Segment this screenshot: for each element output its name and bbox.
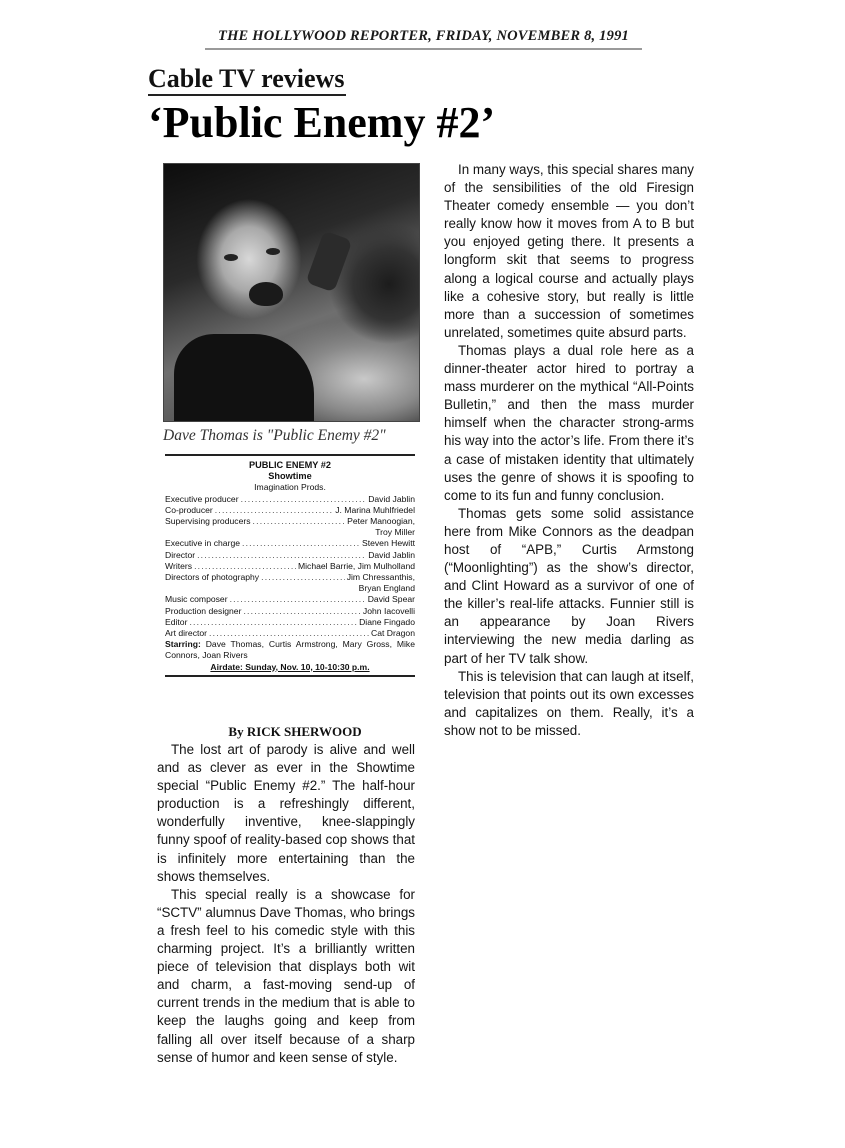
credit-role: Art director: [165, 628, 207, 639]
credit-name: Diane Fingado: [359, 617, 415, 628]
leader-dots: [189, 617, 357, 628]
leader-dots: [241, 494, 367, 505]
credit-row: Production designerJohn Iacovelli: [165, 606, 415, 617]
credit-row: Supervising producersPeter Manoogian,: [165, 516, 415, 527]
photo-figure-coat: [174, 334, 314, 421]
credit-name: Jim Chressanthis,: [347, 572, 415, 583]
credit-name: David Jablin: [368, 550, 415, 561]
credits-network: Showtime: [165, 471, 415, 482]
credit-row: EditorDiane Fingado: [165, 617, 415, 628]
leader-dots: [194, 561, 296, 572]
credit-name: Michael Barrie, Jim Mulholland: [298, 561, 415, 572]
starring-names: Dave Thomas, Curtis Armstrong, Mary Gros…: [165, 639, 415, 660]
credit-name: Peter Manoogian,: [347, 516, 415, 527]
credit-name: Steven Hewitt: [362, 538, 415, 549]
paragraph: The lost art of parody is alive and well…: [157, 741, 415, 886]
starring-label: Starring:: [165, 639, 201, 649]
credit-role: Director: [165, 550, 195, 561]
credit-row: Art directorCat Dragon: [165, 628, 415, 639]
paragraph: Thomas gets some solid assistance here f…: [444, 505, 694, 668]
article-column-left: The lost art of parody is alive and well…: [157, 741, 415, 1067]
credit-name: David Jablin: [368, 494, 415, 505]
paragraph: This is television that can laugh at its…: [444, 668, 694, 740]
credit-row: Music composerDavid Spear: [165, 594, 415, 605]
credit-row: Directors of photographyJim Chressanthis…: [165, 572, 415, 583]
credit-name: David Spear: [368, 594, 415, 605]
credit-row: Executive producerDavid Jablin: [165, 494, 415, 505]
paragraph: This special really is a showcase for “S…: [157, 886, 415, 1067]
credit-row: Executive in chargeSteven Hewitt: [165, 538, 415, 549]
credit-role: Supervising producers: [165, 516, 251, 527]
credit-row: Co-producerJ. Marina Muhlfriedel: [165, 505, 415, 516]
credits-title: PUBLIC ENEMY #2: [165, 460, 415, 471]
credit-name-continued: Bryan England: [165, 583, 415, 594]
leader-dots: [242, 538, 360, 549]
leader-dots: [209, 628, 369, 639]
credit-role: Editor: [165, 617, 187, 628]
leader-dots: [215, 505, 333, 516]
credit-role: Co-producer: [165, 505, 213, 516]
photo-figure-eye: [266, 248, 280, 255]
credit-role: Executive producer: [165, 494, 239, 505]
photo-figure-mouth: [249, 282, 283, 306]
airdate-text: Airdate: Sunday, Nov. 10, 10-10:30 p.m.: [210, 662, 369, 672]
article-column-right: In many ways, this special shares many o…: [444, 161, 694, 740]
credits-starring: Starring: Dave Thomas, Curtis Armstrong,…: [165, 639, 415, 661]
leader-dots: [230, 594, 366, 605]
section-heading: Cable TV reviews: [148, 64, 346, 96]
photo-gun: [305, 231, 352, 293]
leader-dots: [253, 516, 346, 527]
credit-role: Directors of photography: [165, 572, 259, 583]
credit-name-continued: Troy Miller: [165, 527, 415, 538]
credit-role: Music composer: [165, 594, 228, 605]
leader-dots: [243, 606, 360, 617]
article-headline: ‘Public Enemy #2’: [148, 98, 495, 148]
photo-figure-eye: [224, 254, 238, 261]
article-photo: [163, 163, 420, 422]
credit-name: J. Marina Muhlfriedel: [335, 505, 415, 516]
credit-name: John Iacovelli: [363, 606, 415, 617]
credit-row: WritersMichael Barrie, Jim Mulholland: [165, 561, 415, 572]
credit-role: Production designer: [165, 606, 241, 617]
leader-dots: [261, 572, 345, 583]
credit-role: Executive in charge: [165, 538, 240, 549]
masthead: THE HOLLYWOOD REPORTER, FRIDAY, NOVEMBER…: [205, 28, 642, 50]
credit-role: Writers: [165, 561, 192, 572]
byline: By RICK SHERWOOD: [160, 724, 430, 740]
credits-box: PUBLIC ENEMY #2 Showtime Imagination Pro…: [165, 454, 415, 677]
photo-caption: Dave Thomas is "Public Enemy #2": [163, 427, 423, 445]
leader-dots: [197, 550, 366, 561]
credits-airdate: Airdate: Sunday, Nov. 10, 10-10:30 p.m.: [165, 662, 415, 677]
credit-row: DirectorDavid Jablin: [165, 550, 415, 561]
credits-company: Imagination Prods.: [165, 482, 415, 493]
paragraph: Thomas plays a dual role here as a dinne…: [444, 342, 694, 505]
credit-name: Cat Dragon: [371, 628, 415, 639]
paragraph: In many ways, this special shares many o…: [444, 161, 694, 342]
